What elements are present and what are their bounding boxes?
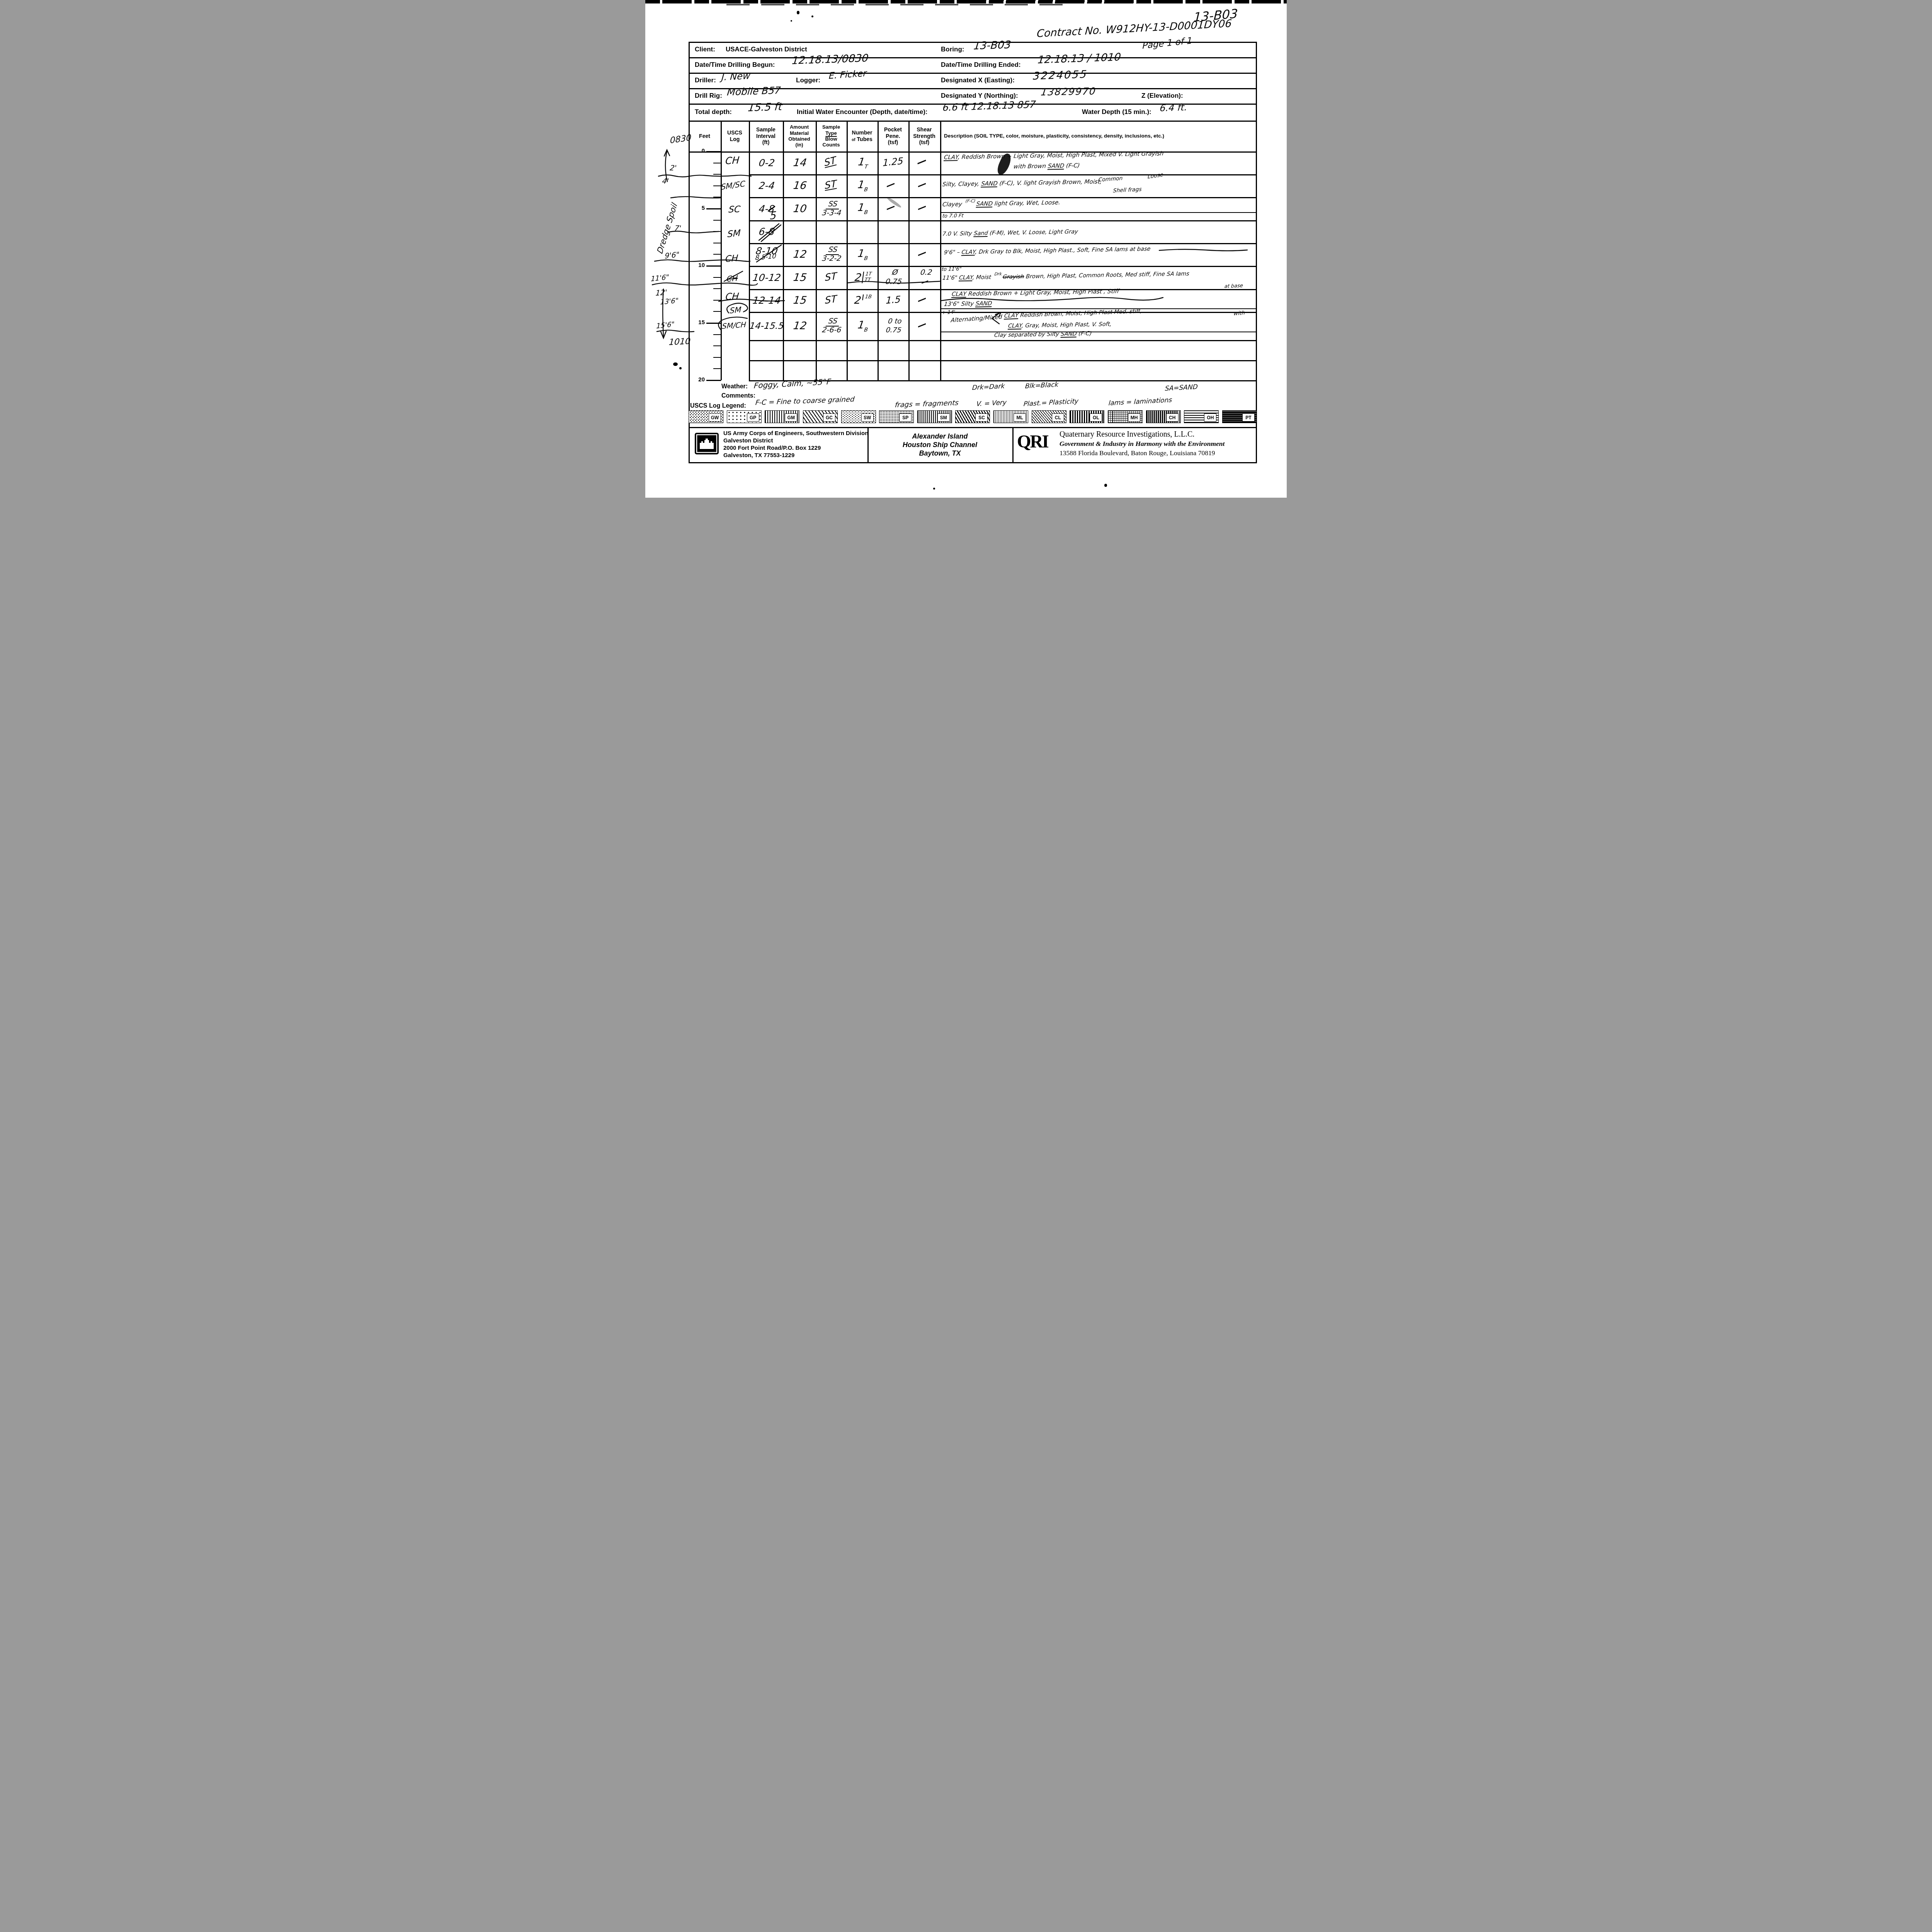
r6-pocket-pene: Ø0.75 [878,266,908,289]
uscs-legend-swatch-oh: OH [1184,410,1219,423]
qri-line: 13588 Florida Boulevard, Baton Rouge, Lo… [1060,448,1225,457]
ruler-tick [713,345,721,346]
contract-number-annotation: Contract No. W912HY-13-D0001DY06 [1036,17,1232,40]
desc-segment: Grayish [1002,274,1024,280]
r1-sample-interval: 0-2 [749,151,783,174]
ink-speck [791,20,792,22]
uscs-legend-swatch-sw: SW [841,410,876,423]
uscs-label-r6-struck: CH [726,273,738,284]
desc-segment: CLAY [1004,313,1019,319]
usace-castle-logo [695,433,719,454]
ruler-tick [706,380,721,381]
site-line: Houston Ship Channel [867,440,1012,449]
desc-segment: SAND [1061,331,1077,337]
r3-sample-type: SS3-3-4 [816,197,847,220]
r6-sample-interval: 10-12 [749,266,783,289]
uscs-code-label: OL [1090,413,1102,422]
r1-shear: — [908,151,940,174]
r7-pocket-pene: 1.5 [878,289,908,312]
margin-depth-13ft6: 13'6" [660,297,679,306]
grid-line-h [749,220,1257,221]
boring-value: 13-B03 [973,39,1012,52]
ruler-tick [713,243,721,243]
scan-noise-top [645,0,1287,3]
scanned-boring-log-page: 13-B03 Contract No. W912HY-13-D0001DY06 … [645,0,1287,498]
r8-tubes: 1B [847,312,878,340]
column-header-description: Description (SOIL TYPE, color, moisture,… [940,121,1257,151]
ruler-tick [713,300,721,301]
total-depth-value: 15.5 ft [747,101,783,114]
desc-segment: (F-C) [965,198,976,203]
r8-amount: 12 [783,312,816,340]
uscs-code-label: SM [937,413,950,422]
column-header-shear-strength: ShearStrength(tsf) [908,121,940,151]
r3-amount: 10 [783,197,816,220]
northing-label: Designated Y (Northing): [941,92,1018,100]
usace-line: Galveston District [723,437,868,444]
usace-line: US Army Corps of Engineers, Southwestern… [723,430,868,437]
uscs-code-label: GC [823,413,835,422]
uscs-legend-swatch-sc: SC [955,410,990,423]
margin-depth-15ft6: 15'6" [656,320,675,330]
r5-tubes: 1B [847,243,878,266]
drilling-ended-label: Date/Time Drilling Ended: [941,61,1021,69]
qri-line: Government & Industry in Harmony with th… [1060,439,1225,448]
uscs-code-label: GW [709,413,721,422]
ruler-tick [713,288,721,289]
uscs-legend-swatch-gc: GC [803,410,838,423]
ruler-tick [713,311,721,312]
ruler-label: 20 [692,376,705,383]
ruler-tick [713,197,721,197]
desc-segment: Clay separated by Silty [994,331,1061,338]
drill-rig-value: Mobile B57 [726,85,781,98]
uscs-label-r5b: CH [725,253,738,264]
desc-segment: CLAY [959,275,973,281]
water-depth-label: Water Depth (15 min.): [1082,108,1151,116]
weather-label: Weather: [721,383,748,390]
ink-speck [933,488,935,490]
ink-speck [1104,484,1107,487]
desc-segment: , Moist [972,274,993,281]
usace-line: 2000 Fort Point Road/P.O. Box 1229 [723,444,868,452]
margin-depth-2ft: 2' [669,164,677,172]
r2-amount: 16 [783,174,816,197]
desc-segment: SAND [976,200,993,207]
usace-line: Galveston, TX 77553-1229 [723,452,868,459]
uscs-legend-swatch-sp: SP [879,410,914,423]
uscs-code-label: GP [747,413,759,422]
ink-speck [811,15,813,17]
scan-noise-top-2 [726,4,1074,5]
easting-value: 3224055 [1032,68,1088,82]
uscs-code-label: ML [1014,413,1026,422]
site-line: Alexander Island [867,432,1012,440]
ruler-label: 5 [692,205,705,211]
r3-sample-interval: 4-8 [749,197,783,220]
uscs-legend-swatch-cl: CL [1032,410,1066,423]
r2-sample-type: ST [816,174,847,197]
client-value: USACE-Galveston District [726,46,807,53]
r8-sample-type: SS2-6-6 [816,312,847,340]
uscs-label-r3: SC [728,204,741,215]
r5-shear: — [908,243,940,266]
boring-label: Boring: [941,46,964,53]
arrow-down-head [661,331,666,338]
grid-line-h-desc [940,212,1257,213]
r2-shear: — [908,174,940,197]
r3-tubes: 1B [847,197,878,220]
site-line: Baytown, TX [867,449,1012,457]
qri-logo: QRI [1017,431,1048,452]
ink-speck [673,362,678,366]
column-header-amount-material: AmountMaterialObtained(in) [783,121,816,151]
grid-line-h [689,57,1257,58]
desc-segment: CLAY [944,153,959,161]
uscs-legend-title: USCS Log Legend: [690,403,746,410]
uscs-label-r7: CH [725,291,740,302]
desc-segment: Clayey [942,201,964,208]
drilling-begun-label: Date/Time Drilling Begun: [695,61,775,69]
desc-r1-line2: with Brown SAND (F-C) [1013,162,1080,170]
ruler-label: 10 [692,262,705,269]
ruler-tick [706,323,721,324]
r1-amount: 14 [783,151,816,174]
ink-speck [797,11,799,14]
desc-segment: SAND [1048,162,1065,170]
column-header-feet: Feet [689,121,721,151]
desc-segment: 9'6" – [944,249,962,256]
margin-end-time: 1010 [668,337,691,347]
margin-depth-12ft: 12' [655,288,667,298]
uscs-code-label: MH [1128,413,1140,422]
ruler-label: 15 [692,319,705,326]
uscs-code-label: CL [1052,413,1064,422]
r5-amount: 12 [783,243,816,266]
uscs-code-label: CH [1166,413,1179,422]
qri-block: Quaternary Resource Investigations, L.L.… [1060,430,1225,457]
ruler-label: 0 [692,148,705,154]
uscs-code-label: GM [785,413,797,422]
grid-line-h-desc [940,332,1257,332]
northing-value: 13829970 [1040,85,1097,98]
r1-sample-type: ST [816,151,847,174]
column-header-pocket-pene: PocketPene.(tsf) [878,121,908,151]
drill-rig-label: Drill Rig: [695,92,722,100]
r7-sample-type: ST [816,289,847,312]
uscs-code-label: SW [861,413,874,422]
margin-depth-9ft6: 9'6" [665,250,680,260]
desc-segment: light Gray, Wet, Loose. [992,199,1061,207]
abbrev-v: V. = Very [976,399,1007,408]
total-depth-label: Total depth: [695,108,732,116]
client-label: Client: [695,46,715,53]
ruler-tick [713,368,721,369]
desc-to-11ft6: to 11'6" [941,266,962,272]
arrow-up-head [664,150,670,156]
r1-pocket-pene: 1.25 [878,151,908,174]
column-header-uscs-log: USCSLog [721,121,749,151]
grid-line-v [721,121,722,380]
ruler-tick [713,277,721,278]
grid-line-h [749,360,1257,361]
desc-segment: Drk [994,271,1002,276]
uscs-label-r1: CH [725,155,740,167]
desc-segment: SAND [981,180,998,187]
r8-shear: — [908,312,940,340]
margin-depth-4ft: 4' [662,177,669,185]
uscs-legend-strip: GWGPGMGCSWSPSMSCMLCLOLMHCHOHPT [689,410,1257,423]
uscs-label-r5: SM [727,228,741,240]
desc-segment: Silty, Clayey, [942,180,981,188]
uscs-legend-swatch-pt: PT [1222,410,1257,423]
desc-segment: (F-C) [1077,331,1092,337]
uscs-code-label: PT [1242,413,1255,422]
r8-sample-interval: 14-15.5 [749,312,783,340]
project-site-block: Alexander Island Houston Ship Channel Ba… [867,432,1012,457]
uscs-code-label: SP [899,413,912,422]
ink-speck [679,367,682,369]
column-header-number-of-tubes: Numberof Tubes [847,121,878,151]
r4-sample-interval-struck: 6-8 [749,220,783,243]
uscs-legend-swatch-gp: GP [727,410,762,423]
grid-line-h [689,73,1257,74]
uscs-legend-swatch-gm: GM [765,410,799,423]
r8-pocket-pene: 0 to0.75 [878,312,908,340]
elevation-label: Z (Elevation): [1141,92,1183,100]
desc-segment: 13'6" Silty [944,300,976,308]
margin-depth-7ft: 7' [674,224,682,233]
desc-segment: SAND [975,300,993,307]
desc-r8-with: with [1233,310,1245,317]
ruler-tick [713,231,721,232]
uscs-legend-swatch-ml: ML [993,410,1028,423]
uscs-legend-swatch-gw: GW [689,410,723,423]
driller-label: Driller: [695,77,716,84]
desc-segment: Sand [973,230,988,237]
desc-plus-14ft: + 14' [941,310,956,316]
usace-address-block: US Army Corps of Engineers, Southwestern… [723,430,868,459]
qri-line: Quaternary Resource Investigations, L.L.… [1060,430,1225,439]
grid-line-v [940,121,941,380]
logger-label: Logger: [796,77,820,84]
r1-tubes: 1T [847,151,878,174]
ruler-tick [706,265,721,267]
r6-amount: 15 [783,266,816,289]
ruler-tick [713,334,721,335]
ruler-tick [713,185,721,186]
uscs-legend-swatch-ch: CH [1146,410,1181,423]
initial-water-encounter-label: Initial Water Encounter (Depth, date/tim… [797,108,927,116]
desc-to-7ft: to 7.0 Ft [942,213,964,219]
r3-shear: — [908,197,940,220]
ruler-tick [713,174,721,175]
water-depth-value: 6.4 ft. [1159,102,1188,114]
desc-segment: CLAY [1008,323,1022,329]
desc-segment: CLAY [951,290,967,298]
column-header-sample-interval: SampleInterval(ft) [749,121,783,151]
r2-tubes: 1B [847,174,878,197]
desc-segment: (F-C) [1064,162,1080,169]
easting-label: Designated X (Easting): [941,77,1015,84]
uscs-label-r7b: SM [730,305,742,315]
ruler-tick [706,151,721,152]
desc-13ft6-silty-sand: 13'6" Silty SAND [944,300,993,308]
ruler-tick [706,208,721,209]
r7-amount: 15 [783,289,816,312]
uscs-legend-swatch-mh: MH [1108,410,1143,423]
desc-segment: with Brown [1013,162,1048,170]
ruler-tick [713,163,721,163]
r7-tubes: 21B [847,289,878,312]
ruler-tick [713,254,721,255]
uscs-label-r8: SM/CH [722,320,747,331]
grid-line-h [749,340,1257,341]
r7-shear: — [908,289,940,312]
uscs-code-label: SC [975,413,988,422]
r6-tubes: 21TTT [847,266,878,289]
r7-sample-interval: 12-14 [749,289,783,312]
ruler-tick [713,357,721,358]
desc-r6-tail: at base [1224,283,1243,289]
r6-shear: 0.2— [908,266,940,289]
grid-line-h-desc [940,308,1257,309]
uscs-legend-swatch-sm: SM [917,410,952,423]
comments-label: Comments: [721,393,755,400]
margin-depth-11ft6: 11'6" [651,273,669,283]
desc-segment: 7.0 V. Silty [942,231,974,237]
r2-pocket-pene: — [878,174,908,197]
driller-value: J. New [721,70,751,83]
desc-segment: CLAY [961,249,976,256]
column-header-sample-type-blow-counts: SampleTypeBlowCounts [816,121,847,151]
r6-sample-type: ST [816,266,847,289]
grid-line-v [1012,427,1014,462]
uscs-legend-swatch-ol: OL [1070,410,1104,423]
uscs-code-label: OH [1204,413,1216,422]
ruler-tick [713,220,721,221]
r5-sample-type: SS3-2-2 [816,243,847,266]
desc-segment: 11'6" [942,275,959,281]
grid-line-h [689,427,1257,428]
r2-sample-interval: 2-4 [749,174,783,197]
